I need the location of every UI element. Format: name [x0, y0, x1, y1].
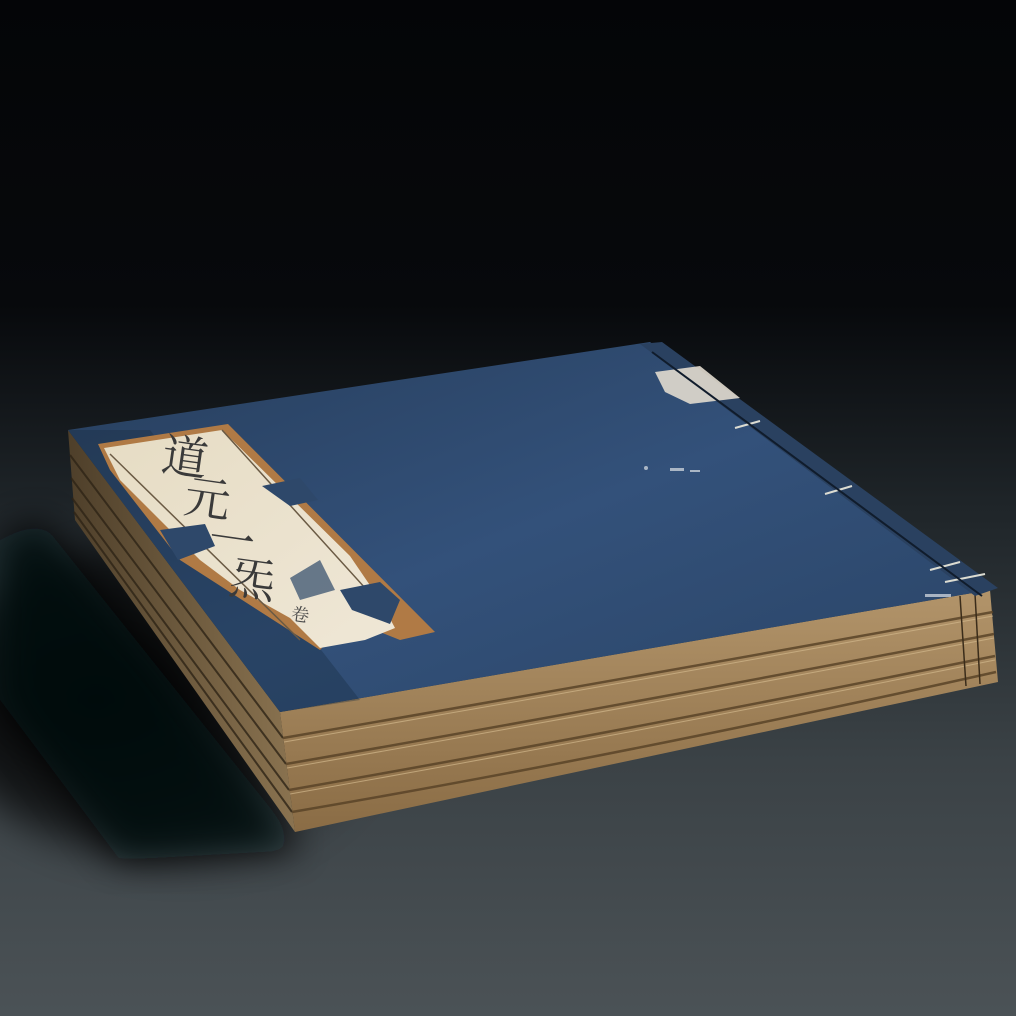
title-char-4: 炁 [226, 550, 280, 610]
photo-scene: 道 元 一 炁 卷 [0, 0, 1016, 1016]
book-photo: 道 元 一 炁 卷 [0, 0, 1016, 1016]
title-annotation: 卷 [290, 604, 311, 627]
